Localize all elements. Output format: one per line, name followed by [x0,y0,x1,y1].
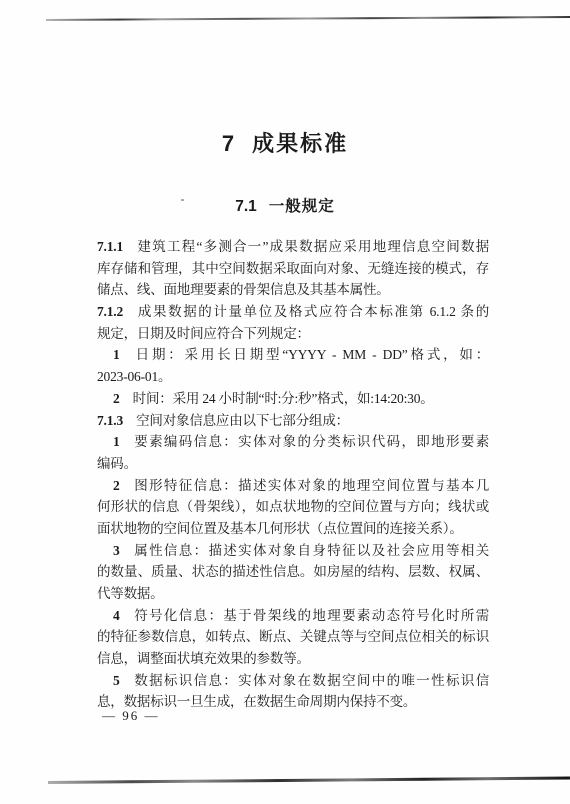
paragraph-number: 1 [113,347,120,362]
paragraph-number: 7.1.1 [97,239,123,254]
text-line: 信息，调整面状填充效果的参数等。 [97,648,489,670]
text-line: 的数量、质量、状态的描述性信息。如房屋的结构、层数、权属、年 [97,561,489,583]
page-number: — 96 — [102,707,160,724]
paragraph-number: 5 [113,673,120,688]
text-line: 库存储和管理，其中空间数据采取面向对象、无缝连接的模式，存 [97,258,489,280]
line-text: 空间对象信息应由以下七部分组成： [136,413,349,428]
paragraph-number: 3 [113,543,120,558]
chapter-title: 成果标准 [252,131,348,156]
text-line: 3 属性信息：描述实体对象自身特征以及社会应用等相关 [97,540,489,562]
text-line: 储点、线、面地理要素的骨架信息及其基本属性。 [97,279,489,301]
paragraph-number: 7.1.3 [97,413,123,428]
line-text: 日期：采用长日期型“YYYY - MM - DD”格式，如： [133,347,489,362]
line-text: 何形状的信息（骨架线），如点状地物的空间位置与方向；线状或 [97,499,489,514]
line-text: 2023-06-01。 [97,369,171,384]
text-line: 2 图形特征信息：描述实体对象的地理空间位置与基本几 [97,475,489,497]
scan-edge-top-line [46,16,570,21]
text-line: 的特征参数信息，如转点、断点、关键点等与空间点位相关的标识 [97,626,489,648]
line-text: 数据标识信息：实体对象在数据空间中的唯一性标识信 [133,673,489,688]
line-text: 时间：采用 24 小时制“时:分:秒”格式，如:14:20:30。 [133,391,434,406]
line-text: 规定，日期及时间应符合下列规定： [97,326,310,341]
document-page: 7成果标准 7.1一般规定 7.1.1 建筑工程“多测合一”成果数据应采用地理信… [0,0,570,804]
text-line: 2023-06-01。 [97,366,489,388]
section-title: 一般规定 [269,198,335,215]
paragraph-number: 4 [113,608,120,623]
section-number: 7.1 [235,198,257,215]
line-text: 图形特征信息：描述实体对象的地理空间位置与基本几 [133,478,489,493]
text-line: 1 要素编码信息：实体对象的分类标识代码，即地形要素 [97,431,489,453]
text-line: 规定，日期及时间应符合下列规定： [97,323,489,345]
line-text: 信息，调整面状填充效果的参数等。 [97,651,310,666]
paragraph-number: 7.1.2 [97,304,123,319]
line-text: 的数量、质量、状态的描述性信息。如房屋的结构、层数、权属、年 [97,564,489,583]
line-text: 建筑工程“多测合一”成果数据应采用地理信息空间数据 [136,239,489,254]
line-text: 要素编码信息：实体对象的分类标识代码，即地形要素 [133,434,489,449]
text-line: 何形状的信息（骨架线），如点状地物的空间位置与方向；线状或 [97,496,489,518]
line-text: 面状地物的空间位置及基本几何形状（点位置间的连接关系）。 [97,521,463,536]
line-text: 代等数据。 [97,586,164,601]
text-line: 7.1.1 建筑工程“多测合一”成果数据应采用地理信息空间数据 [97,236,489,258]
text-line: 5 数据标识信息：实体对象在数据空间中的唯一性标识信 [97,670,489,692]
text-line: 代等数据。 [97,583,489,605]
line-text: 的特征参数信息，如转点、断点、关键点等与空间点位相关的标识 [97,629,489,644]
section-heading: 7.1一般规定 [0,197,570,217]
line-text: 储点、线、面地理要素的骨架信息及其基本属性。 [97,282,390,297]
line-text: 属性信息：描述实体对象自身特征以及社会应用等相关 [133,543,489,558]
paragraph-number: 2 [113,391,120,406]
text-line: 4 符号化信息：基于骨架线的地理要素动态符号化时所需 [97,605,489,627]
paragraph-number: 2 [113,478,120,493]
line-text: 符号化信息：基于骨架线的地理要素动态符号化时所需 [133,608,489,623]
paragraph-number: 1 [113,434,120,449]
text-line: 1 日期：采用长日期型“YYYY - MM - DD”格式，如： [97,344,489,366]
line-text: 编码。 [97,456,137,471]
line-text: 库存储和管理，其中空间数据采取面向对象、无缝连接的模式，存 [97,261,489,276]
text-line: 编码。 [97,453,489,475]
text-line: 2 时间：采用 24 小时制“时:分:秒”格式，如:14:20:30。 [97,388,489,410]
body-text: 7.1.1 建筑工程“多测合一”成果数据应采用地理信息空间数据库存储和管理，其中… [97,236,489,713]
chapter-heading: 7成果标准 [0,131,570,157]
scan-edge-bottom-line [48,776,570,783]
text-line: 7.1.2 成果数据的计量单位及格式应符合本标准第 6.1.2 条的 [97,301,489,323]
text-line: 面状地物的空间位置及基本几何形状（点位置间的连接关系）。 [97,518,489,540]
chapter-number: 7 [222,131,234,156]
text-line: 7.1.3 空间对象信息应由以下七部分组成： [97,410,489,432]
line-text: 成果数据的计量单位及格式应符合本标准第 6.1.2 条的 [136,304,489,319]
